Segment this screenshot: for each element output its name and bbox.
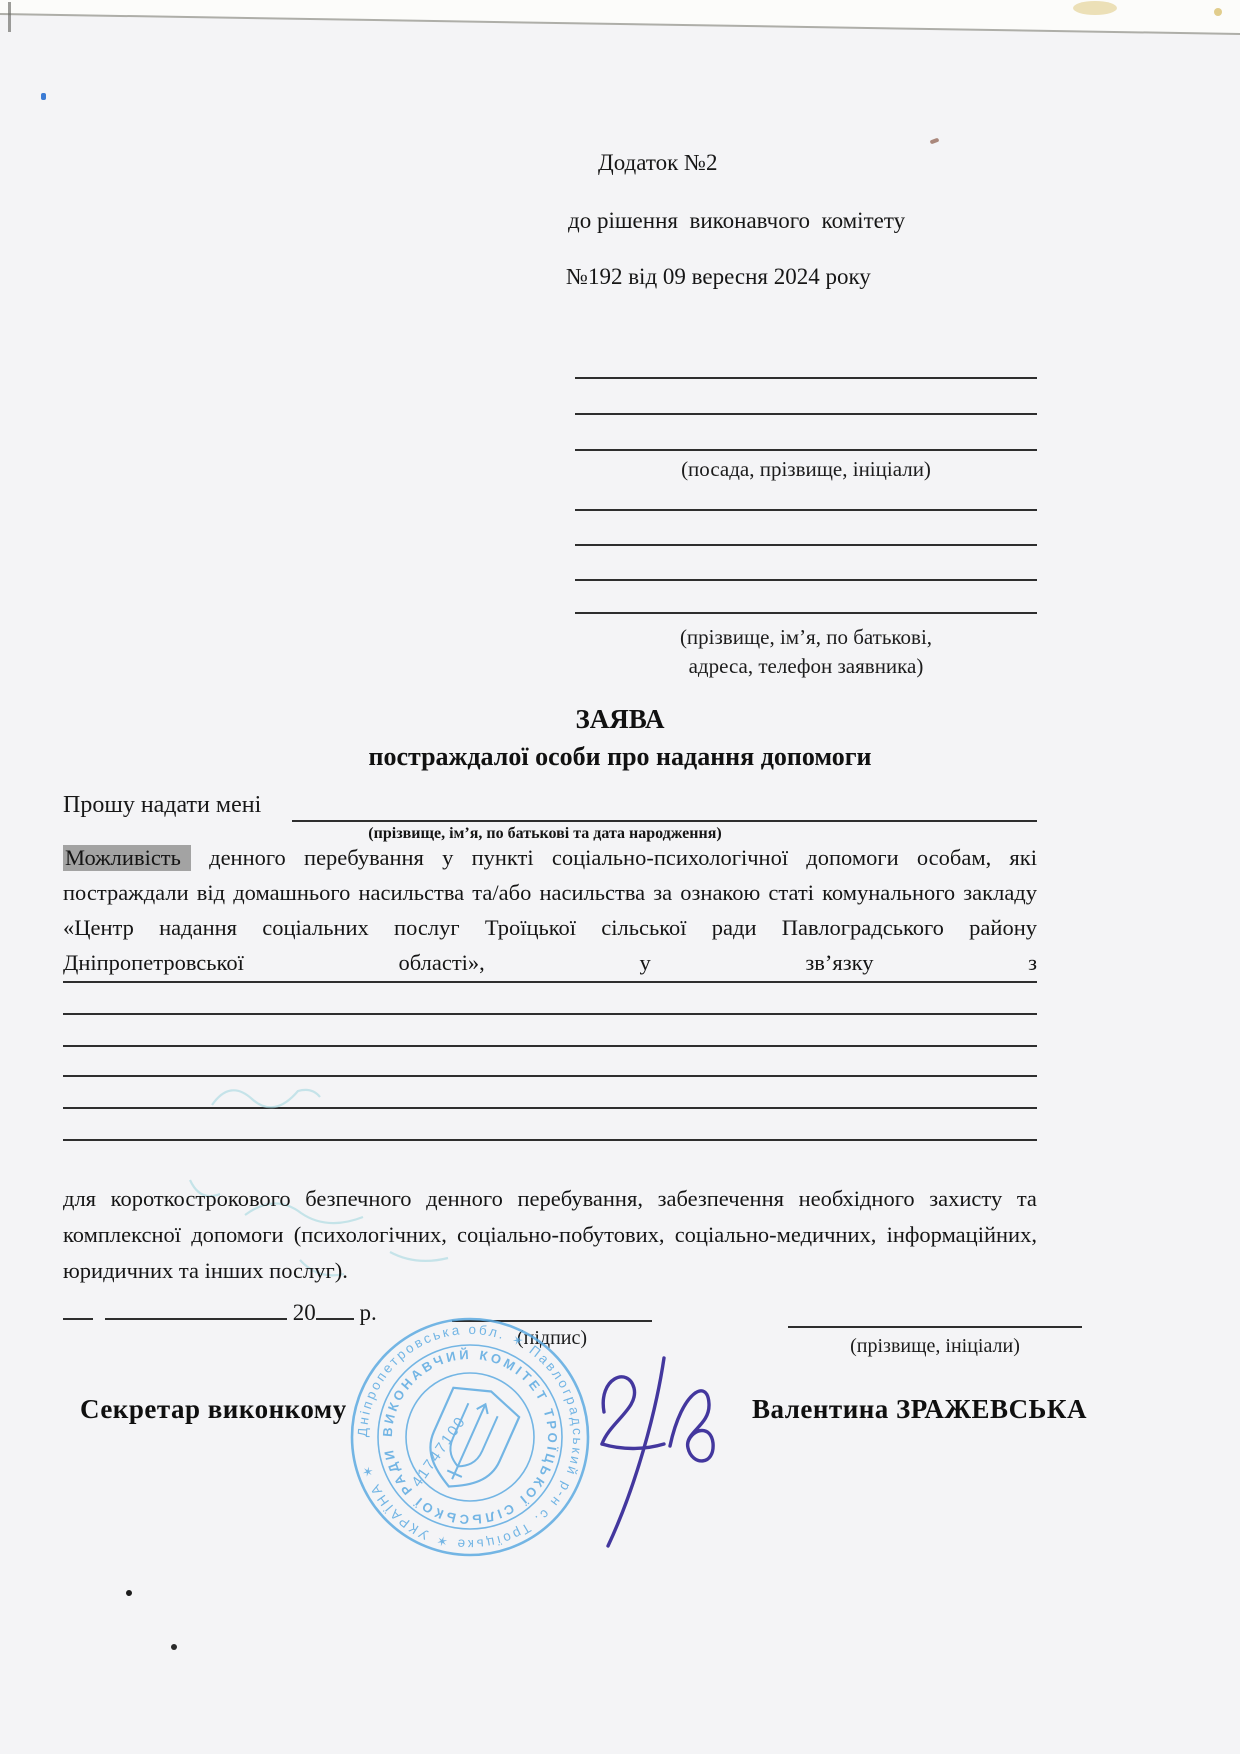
appendix-line: Додаток №2 bbox=[598, 150, 717, 176]
scan-speck bbox=[171, 1644, 177, 1650]
stamp-code: 41747100 bbox=[408, 1413, 469, 1491]
blank-line bbox=[575, 612, 1037, 614]
highlighted-word: Можливість bbox=[63, 845, 191, 871]
date-row: 20 р. bbox=[63, 1296, 377, 1326]
decision-number-line: №192 від 09 вересня 2024 року bbox=[566, 264, 871, 290]
blank-line bbox=[575, 509, 1037, 511]
document-title: ЗАЯВА bbox=[0, 704, 1240, 735]
request-caption: (прізвище, ім’я, по батькові та дата нар… bbox=[295, 825, 795, 843]
closing-paragraph: длякороткостроковогобезпечногоденногопер… bbox=[63, 1186, 1037, 1294]
blank-line bbox=[575, 544, 1037, 546]
caption-position: (посада, прізвище, ініціали) bbox=[575, 457, 1037, 482]
request-lead: Прошу надати мені bbox=[63, 792, 261, 819]
scan-speck bbox=[126, 1590, 132, 1596]
scan-speck bbox=[41, 93, 46, 100]
date-day-blank bbox=[63, 1296, 93, 1320]
blank-line bbox=[63, 1013, 1037, 1015]
paragraph-line: Дніпропетровськоїобласті»,узв’язкуз bbox=[63, 950, 1037, 985]
paragraph-line: постраждаливіддомашньогонасильствата/або… bbox=[63, 880, 1037, 915]
blank-line bbox=[63, 1045, 1037, 1047]
blank-line bbox=[575, 377, 1037, 379]
caption-applicant-line1: (прізвище, ім’я, по батькові, bbox=[575, 625, 1037, 650]
name-line bbox=[788, 1326, 1082, 1328]
document-subtitle: постраждалої особи про надання допомоги bbox=[0, 742, 1240, 772]
handwritten-signature bbox=[552, 1346, 762, 1561]
paragraph-line: юридичних та інших послуг). bbox=[63, 1258, 1037, 1294]
date-month-blank bbox=[105, 1296, 287, 1320]
footer-name: Валентина ЗРАЖЕВСЬКА bbox=[752, 1394, 1087, 1425]
blank-line bbox=[575, 413, 1037, 415]
blank-line bbox=[575, 449, 1037, 451]
footer-position: Секретар виконкому bbox=[80, 1394, 347, 1425]
request-underline bbox=[292, 820, 1037, 822]
date-year-prefix: 20 bbox=[293, 1300, 316, 1325]
paragraph-line: комплексноїдопомоги(психологічних,соціал… bbox=[63, 1222, 1037, 1258]
trident-icon bbox=[416, 1377, 524, 1501]
paragraph-line: длякороткостроковогобезпечногоденногопер… bbox=[63, 1186, 1037, 1222]
paragraph-line: Можливістьденногоперебуванняупунктісоціа… bbox=[63, 845, 1037, 880]
scan-speck bbox=[930, 138, 940, 145]
paragraph-line: «ЦентрнаданнясоціальнихпослугТроїцькоїсі… bbox=[63, 915, 1037, 950]
scanned-document-page: Додаток №2 до рішення виконавчого коміте… bbox=[0, 0, 1240, 1754]
decision-line: до рішення виконавчого комітету bbox=[568, 208, 905, 234]
main-paragraph: Можливістьденногоперебуванняупунктісоціа… bbox=[63, 845, 1037, 985]
caption-applicant-line2: адреса, телефон заявника) bbox=[575, 654, 1037, 679]
name-caption: (прізвище, ініціали) bbox=[788, 1335, 1082, 1358]
blank-line bbox=[575, 579, 1037, 581]
scan-top-edge bbox=[0, 0, 1240, 42]
